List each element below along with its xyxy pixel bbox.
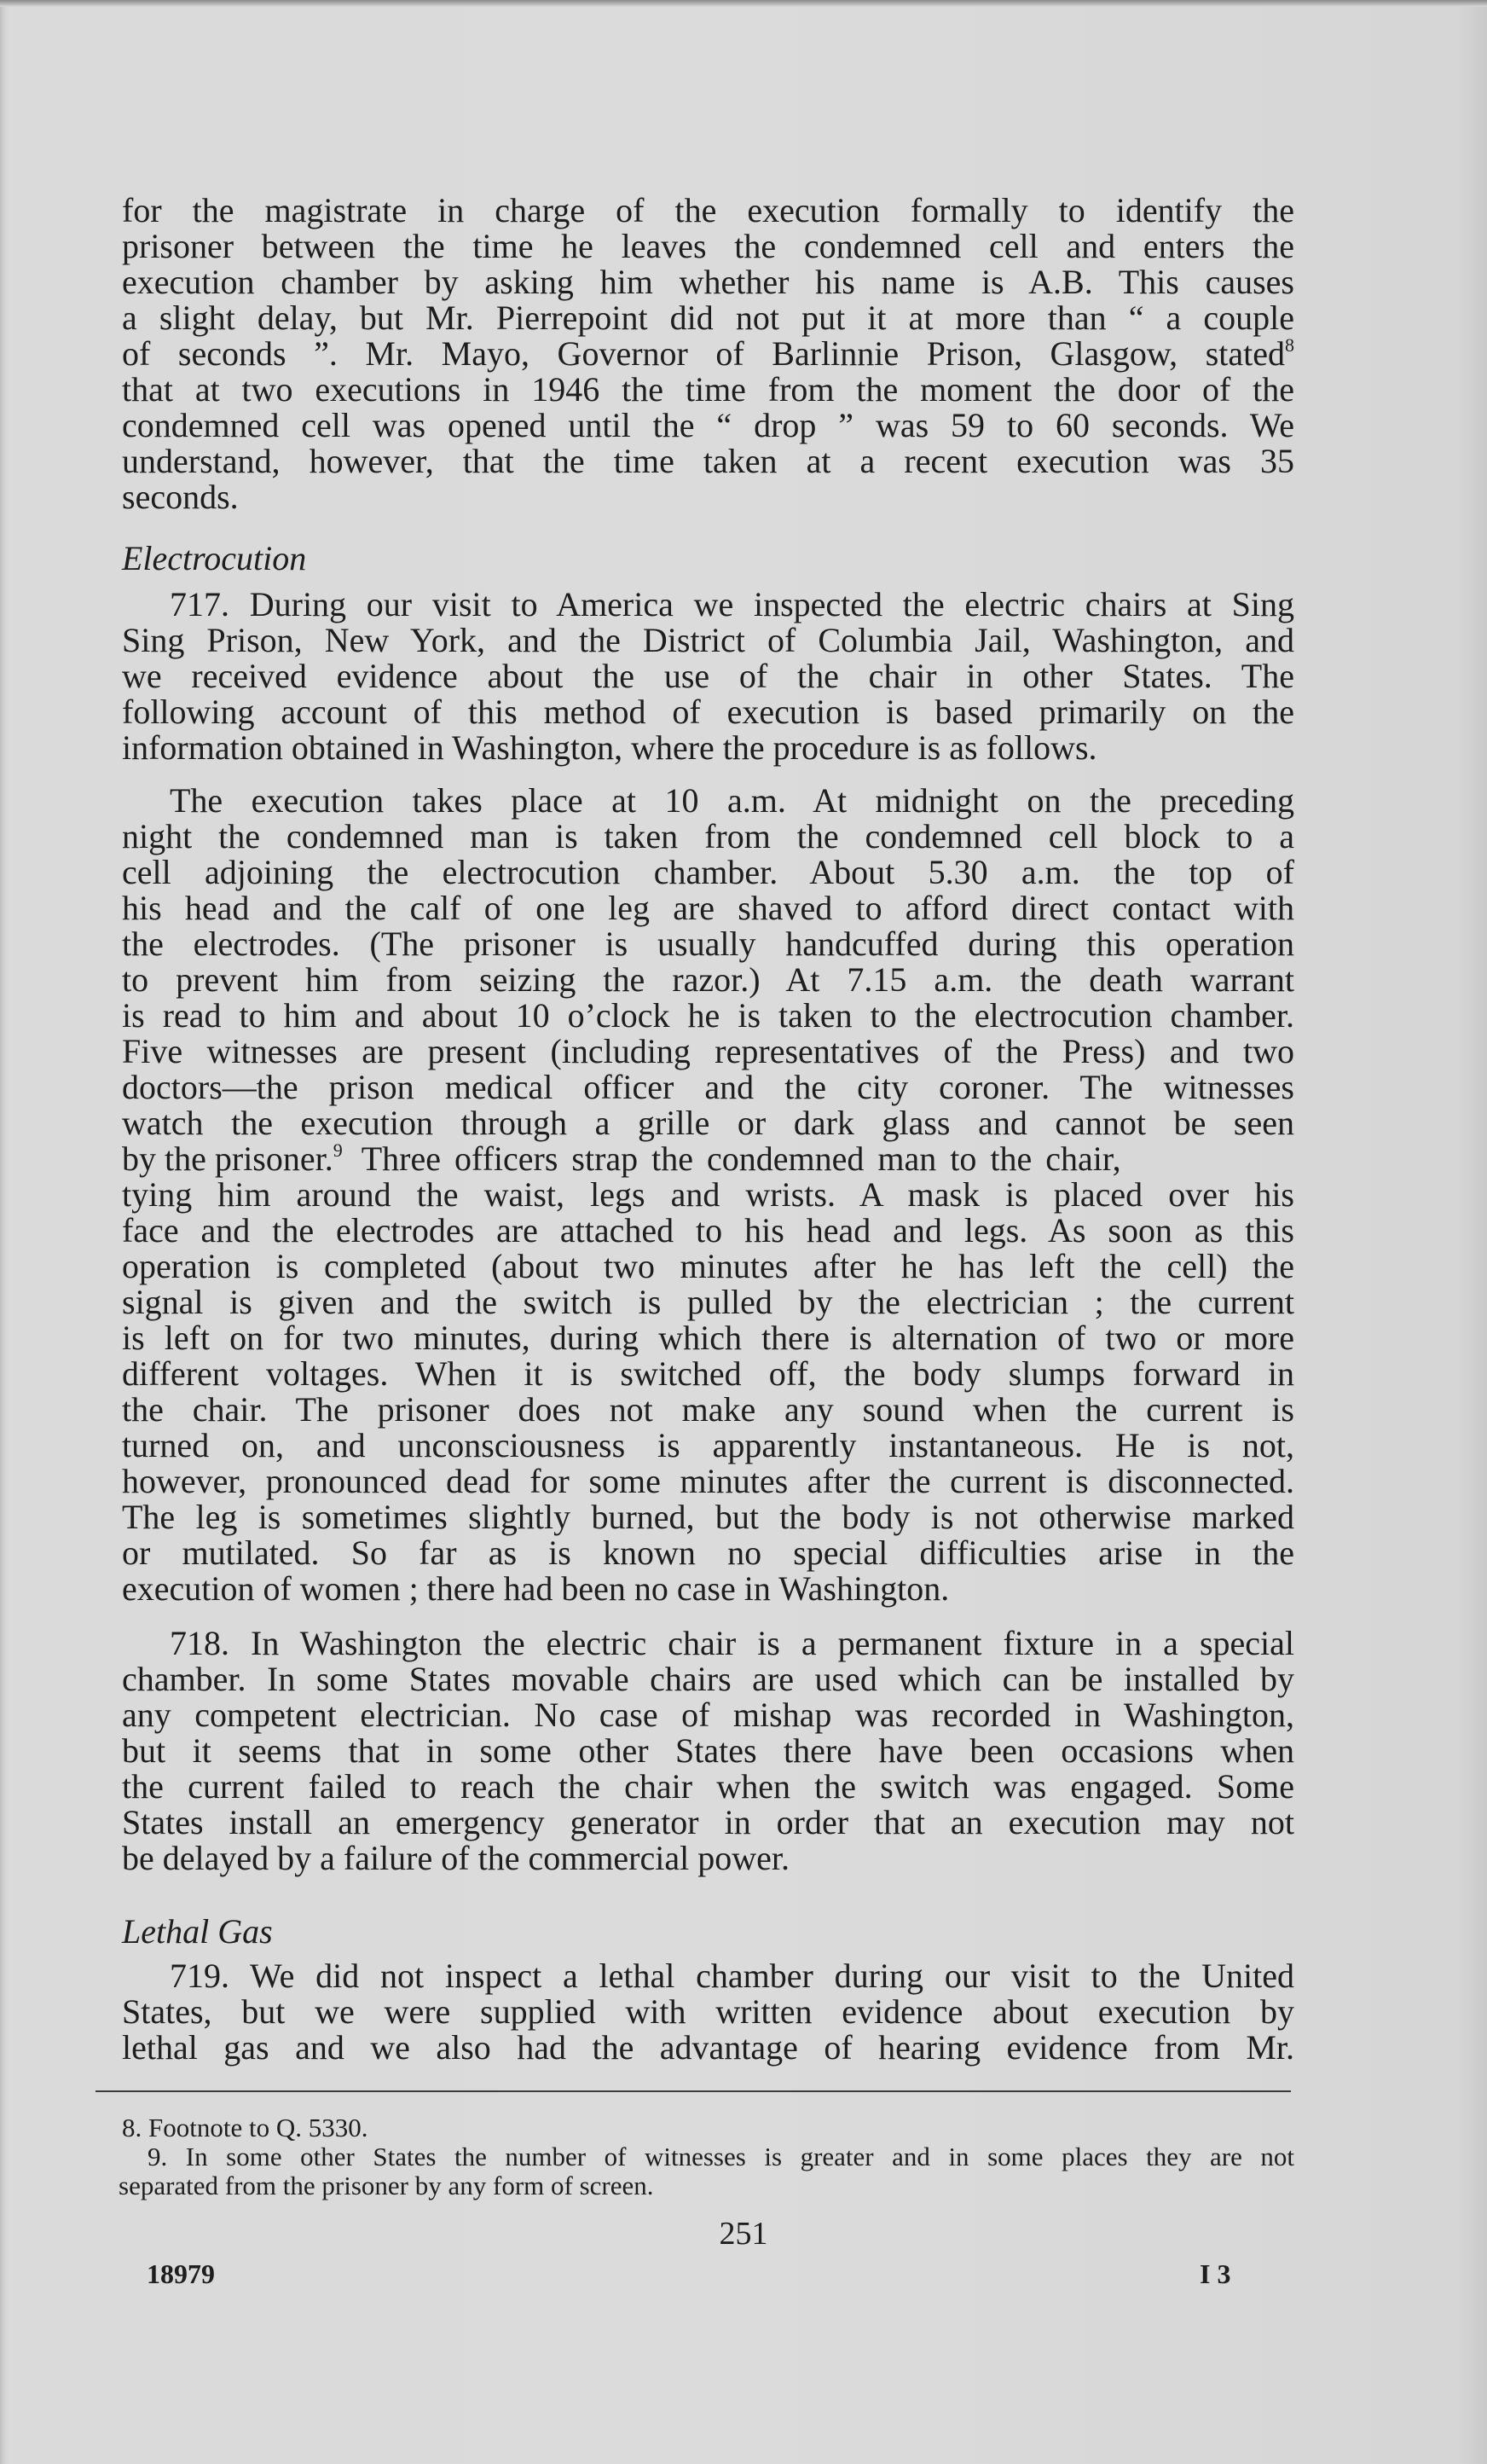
text-line: to prevent him from seizing the razor.) …	[122, 962, 1294, 998]
text-line: prisoner between the time he leaves the …	[122, 229, 1294, 264]
paragraph-717: 717. During our visit to America we insp…	[122, 587, 1294, 766]
text-line: 718. In Washington the electric chair is…	[122, 1626, 1294, 1661]
footnote-8: 8. Footnote to Q. 5330.	[122, 2113, 1294, 2142]
section-heading-lethal-gas: Lethal Gas	[122, 1914, 273, 1950]
text-line: 719. We did not inspect a lethal chamber…	[122, 1958, 1294, 1994]
text-line: the electrodes. (The prisoner is usually…	[122, 926, 1294, 962]
text-line: The execution takes place at 10 a.m. At …	[122, 783, 1294, 819]
text-line: for the magistrate in charge of the exec…	[122, 193, 1294, 229]
text-line: of seconds ”. Mr. Mayo, Governor of Barl…	[122, 336, 1294, 372]
text-line: execution chamber by asking him whether …	[122, 264, 1294, 300]
text-line: that at two executions in 1946 the time …	[122, 372, 1294, 408]
text-line: chamber. In some States movable chairs a…	[122, 1661, 1294, 1697]
text-line: the current failed to reach the chair wh…	[122, 1769, 1294, 1805]
text-span: by the prisoner.	[122, 1139, 333, 1178]
footnote-divider	[95, 2090, 1291, 2092]
text-line: lethal gas and we also had the advantage…	[122, 2030, 1294, 2066]
text-line: but it seems that in some other States t…	[122, 1733, 1294, 1769]
page-number: 251	[0, 2215, 1487, 2252]
text-line: a slight delay, but Mr. Pierrepoint did …	[122, 300, 1294, 336]
text-line: tying him around the waist, legs and wri…	[122, 1177, 1294, 1213]
footnote-ref[interactable]: 8	[1285, 334, 1294, 356]
text-line: operation is completed (about two minute…	[122, 1249, 1294, 1284]
text-line: is read to him and about 10 o’clock he i…	[122, 998, 1294, 1034]
text-line: face and the electrodes are attached to …	[122, 1213, 1294, 1249]
footnote-9-continued: separated from the prisoner by any form …	[119, 2171, 1294, 2200]
text-line: night the condemned man is taken from th…	[122, 819, 1294, 855]
text-line: by the prisoner.9Three officers strap th…	[122, 1141, 1294, 1177]
text-line: be delayed by a failure of the commercia…	[122, 1841, 1294, 1876]
text-line: the chair. The prisoner does not make an…	[122, 1392, 1294, 1428]
text-line: cell adjoining the electrocution chamber…	[122, 855, 1294, 890]
text-line: turned on, and unconsciousness is appare…	[122, 1428, 1294, 1464]
text-line: States, but we were supplied with writte…	[122, 1994, 1294, 2030]
text-line: his head and the calf of one leg are sha…	[122, 890, 1294, 926]
text-line: seconds.	[122, 479, 1294, 515]
text-line: following account of this method of exec…	[122, 694, 1294, 730]
text-line: is left on for two minutes, during which…	[122, 1320, 1294, 1356]
text-line: watch the execution through a grille or …	[122, 1105, 1294, 1141]
scan-top-edge	[0, 0, 1487, 7]
text-line: understand, however, that the time taken…	[122, 444, 1294, 479]
text-line: any competent electrician. No case of mi…	[122, 1697, 1294, 1733]
paragraph-continued: for the magistrate in charge of the exec…	[122, 193, 1294, 515]
section-heading-electrocution: Electrocution	[122, 541, 306, 577]
signature-mark: I 3	[1200, 2258, 1230, 2290]
footnote-9: 9. In some other States the number of wi…	[122, 2142, 1294, 2171]
text-line: 717. During our visit to America we insp…	[122, 587, 1294, 623]
text-line: condemned cell was opened until the “ dr…	[122, 408, 1294, 444]
paragraph-719: 719. We did not inspect a lethal chamber…	[122, 1958, 1294, 2066]
text-line: Five witnesses are present (including re…	[122, 1034, 1294, 1070]
footnote-ref[interactable]: 9	[333, 1139, 343, 1161]
text-span: Three officers strap the condemned man t…	[362, 1139, 1121, 1178]
text-line: States install an emergency generator in…	[122, 1805, 1294, 1841]
text-line: however, pronounced dead for some minute…	[122, 1464, 1294, 1499]
text-line: signal is given and the switch is pulled…	[122, 1284, 1294, 1320]
text-line: different voltages. When it is switched …	[122, 1356, 1294, 1392]
text-line: doctors—the prison medical officer and t…	[122, 1070, 1294, 1105]
footnotes: 8. Footnote to Q. 5330. 9. In some other…	[122, 2113, 1294, 2200]
paragraph-718: 718. In Washington the electric chair is…	[122, 1626, 1294, 1876]
text-line: Sing Prison, New York, and the District …	[122, 623, 1294, 658]
print-code: 18979	[147, 2258, 215, 2290]
paragraph-procedure: The execution takes place at 10 a.m. At …	[122, 783, 1294, 1607]
text-line: information obtained in Washington, wher…	[122, 730, 1294, 766]
text-line: we received evidence about the use of th…	[122, 658, 1294, 694]
text-line: The leg is sometimes slightly burned, bu…	[122, 1499, 1294, 1535]
text-line: execution of women ; there had been no c…	[122, 1571, 1294, 1607]
text-span: of seconds ”. Mr. Mayo, Governor of Barl…	[122, 334, 1285, 373]
text-line: or mutilated. So far as is known no spec…	[122, 1535, 1294, 1571]
